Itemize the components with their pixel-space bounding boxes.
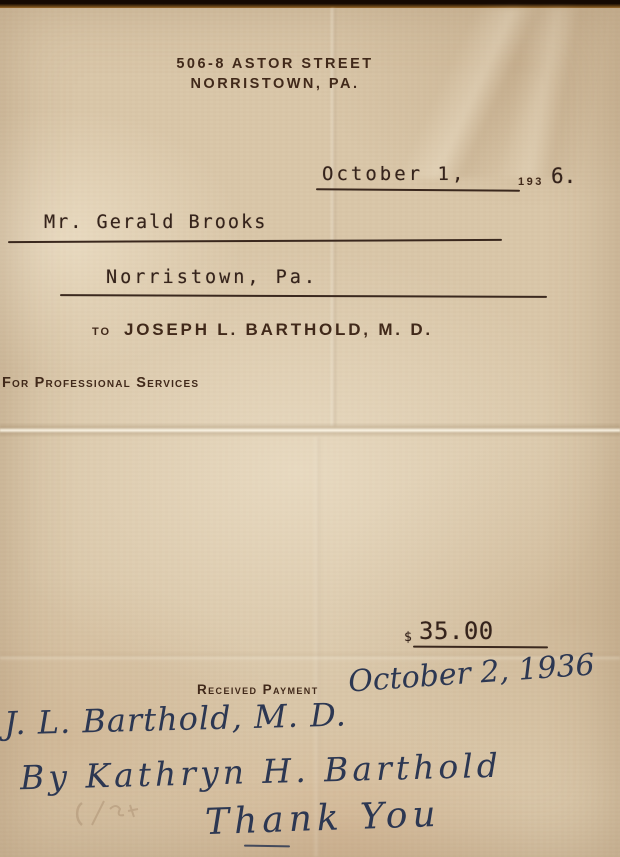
typed-year-suffix: 6. xyxy=(551,164,576,188)
horizontal-fold-crease xyxy=(0,423,620,437)
currency-symbol: $ xyxy=(404,630,412,645)
payee-name: JOSEPH L. BARTHOLD, M. D. xyxy=(124,320,433,340)
letterhead-address-city: NORRISTOWN, PA. xyxy=(75,74,475,94)
signature-by-line: By Kathryn H. Barthold xyxy=(20,746,503,798)
thank-you-underline xyxy=(244,845,290,848)
signature-doctor: J. L. Barthold, M. D. xyxy=(4,696,348,743)
pencil-mark xyxy=(70,795,155,835)
thank-you-note: Thank You xyxy=(204,794,441,843)
recipient-name-underline xyxy=(8,239,502,243)
professional-services-label: For Professional Services xyxy=(2,375,199,391)
typed-date: October 1, xyxy=(322,163,466,185)
payee-to-label: TO xyxy=(92,326,111,338)
date-underline xyxy=(316,188,520,191)
vertical-fold-crease-bottom xyxy=(315,437,320,857)
photo-top-border xyxy=(0,0,620,8)
receipt-document: 506-8 ASTOR STREET NORRISTOWN, PA. Octob… xyxy=(0,0,620,857)
recipient-name: Mr. Gerald Brooks xyxy=(44,212,267,233)
letterhead-address-street: 506-8 ASTOR STREET xyxy=(75,54,475,74)
printed-year-prefix: 193 xyxy=(518,176,544,188)
recipient-city-underline xyxy=(60,294,547,298)
amount-value: 35.00 xyxy=(419,617,494,645)
recipient-city: Norristown, Pa. xyxy=(106,267,318,288)
letterhead: 506-8 ASTOR STREET NORRISTOWN, PA. xyxy=(75,54,475,94)
received-payment-label: Received Payment xyxy=(197,682,319,697)
amount-underline xyxy=(413,646,548,649)
